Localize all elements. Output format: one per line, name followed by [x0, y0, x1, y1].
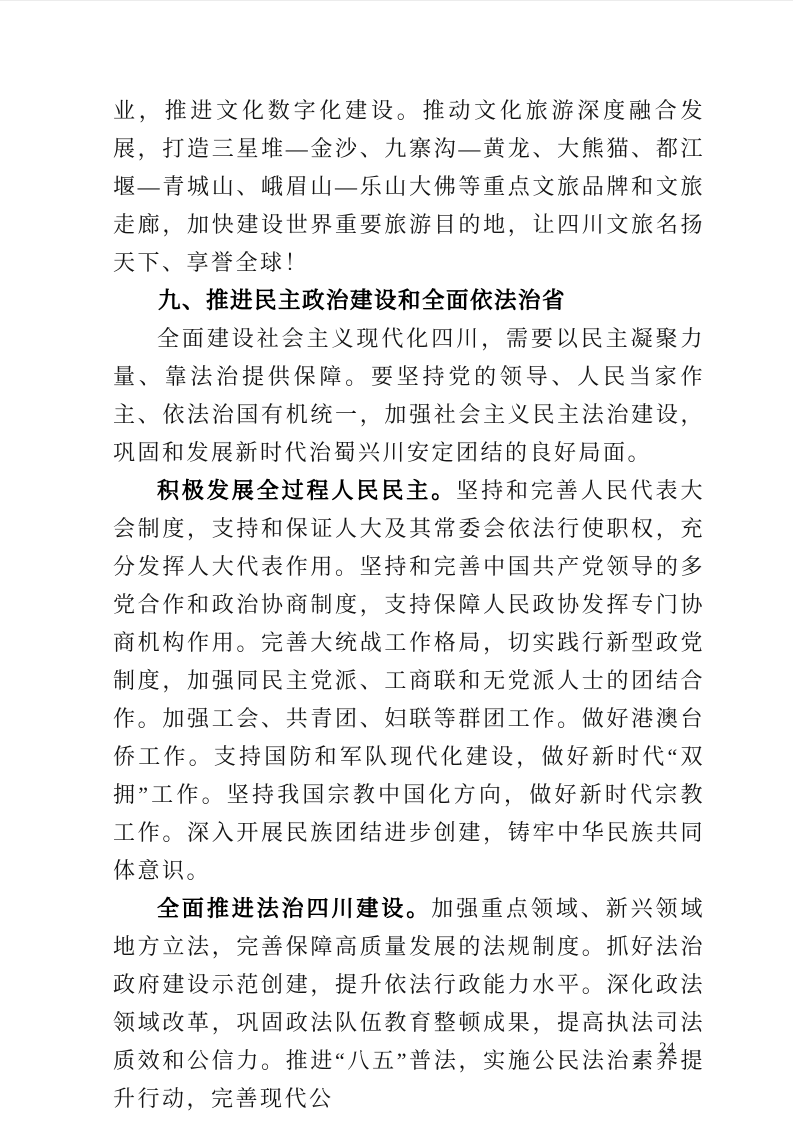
document-body: 业，推进文化数字化建设。推动文化旅游深度融合发展，打造三星堆—金沙、九寨沟—黄龙…: [113, 92, 705, 1118]
page-number: 24: [659, 1040, 675, 1057]
paragraph-text: 坚持和完善人民代表大会制度，支持和保证人大及其常委会依法行使职权，充分发挥人大代…: [113, 478, 705, 883]
paragraph: 全面推进法治四川建设。加强重点领域、新兴领域地方立法，完善保障高质量发展的法规制…: [113, 890, 705, 1118]
document-page: 业，推进文化数字化建设。推动文化旅游深度融合发展，打造三星堆—金沙、九寨沟—黄龙…: [0, 0, 793, 1122]
paragraph-lead-bold: 积极发展全过程人民民主。: [157, 478, 456, 503]
paragraph-text: 加强重点领域、新兴领域地方立法，完善保障高质量发展的法规制度。抓好法治政府建设示…: [113, 896, 705, 1111]
paragraph-text: 全面建设社会主义现代化四川，需要以民主凝聚力量、靠法治提供保障。要坚持党的领导、…: [113, 326, 705, 465]
paragraph: 积极发展全过程人民民主。坚持和完善人民代表大会制度，支持和保证人大及其常委会依法…: [113, 472, 705, 890]
paragraph-continuation: 业，推进文化数字化建设。推动文化旅游深度融合发展，打造三星堆—金沙、九寨沟—黄龙…: [113, 92, 705, 282]
paragraph: 全面建设社会主义现代化四川，需要以民主凝聚力量、靠法治提供保障。要坚持党的领导、…: [113, 320, 705, 472]
paragraph-lead-bold: 全面推进法治四川建设。: [157, 896, 431, 921]
section-heading: 九、推进民主政治建设和全面依法治省: [113, 282, 705, 320]
